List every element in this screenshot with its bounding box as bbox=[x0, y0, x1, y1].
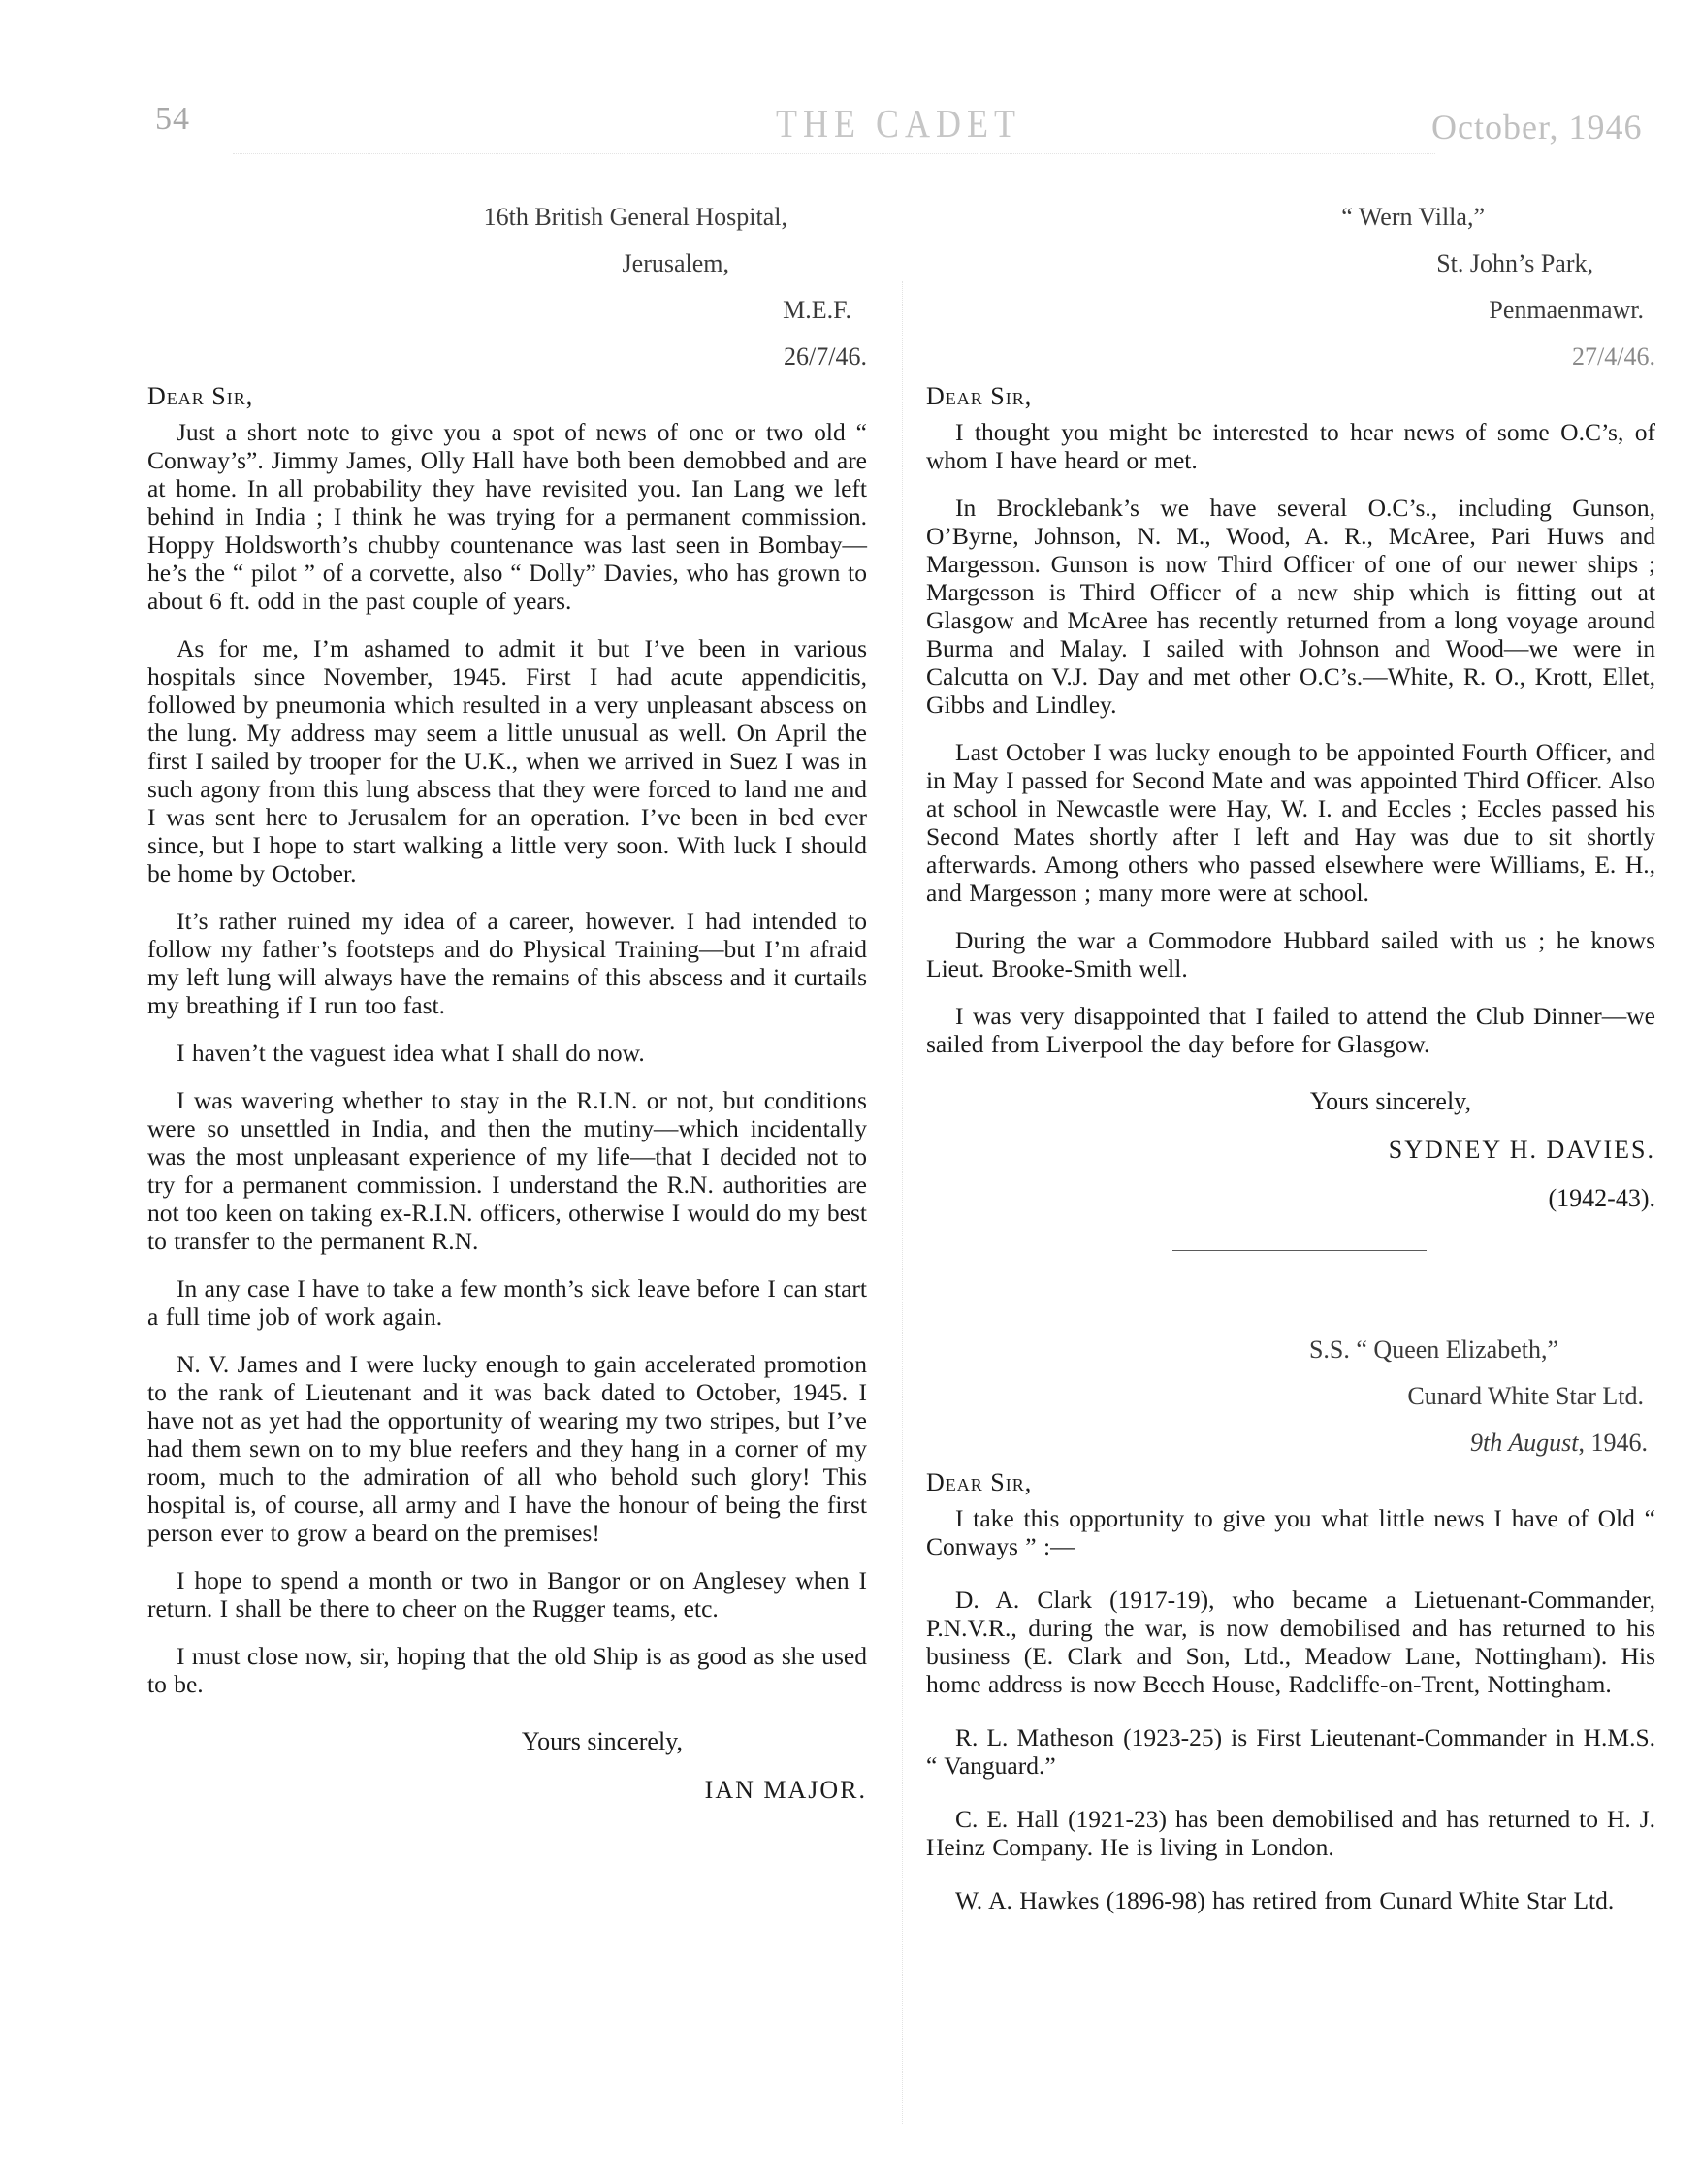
letter-closing: Yours sincerely, SYDNEY H. DAVIES. (1942… bbox=[926, 1077, 1655, 1223]
paragraph: It’s rather ruined my idea of a career, … bbox=[147, 907, 867, 1019]
paragraph: N. V. James and I were lucky enough to g… bbox=[147, 1350, 867, 1547]
date-year: , 1946. bbox=[1579, 1429, 1649, 1457]
address-line: “ Wern Villa,” bbox=[926, 194, 1485, 241]
paragraph: Just a short note to give you a spot of … bbox=[147, 418, 867, 615]
paragraph: Last October I was lucky enough to be ap… bbox=[926, 738, 1655, 907]
letter-address: S.S. “ Queen Elizabeth,” Cunard White St… bbox=[926, 1327, 1655, 1466]
header-rule bbox=[233, 153, 1435, 154]
paragraph: I was wavering whether to stay in the R.… bbox=[147, 1086, 867, 1255]
valediction: Yours sincerely, bbox=[147, 1718, 683, 1766]
address-line: Jerusalem, bbox=[147, 241, 729, 287]
valediction: Yours sincerely, bbox=[926, 1077, 1471, 1126]
address-line: S.S. “ Queen Elizabeth,” bbox=[926, 1327, 1558, 1373]
paragraph: R. L. Matheson (1923-25) is First Lieute… bbox=[926, 1723, 1655, 1780]
page-number: 54 bbox=[155, 101, 190, 138]
letter-ian-major: 16th British General Hospital, Jerusalem… bbox=[147, 194, 867, 1815]
paragraph: I haven’t the vaguest idea what I shall … bbox=[147, 1039, 867, 1067]
paragraph: I take this opportunity to give you what… bbox=[926, 1504, 1655, 1560]
column-divider bbox=[902, 281, 903, 2124]
right-column: “ Wern Villa,” St. John’s Park, Penmaenm… bbox=[926, 194, 1655, 1940]
paragraph: I must close now, sir, hoping that the o… bbox=[147, 1642, 867, 1698]
section-divider bbox=[1172, 1250, 1427, 1251]
journal-title: THE CADET bbox=[776, 100, 1021, 146]
paragraph: I hope to spend a month or two in Bangor… bbox=[147, 1566, 867, 1622]
paragraph: W. A. Hawkes (1896-98) has retired from … bbox=[926, 1886, 1655, 1914]
letter-date: 26/7/46. bbox=[147, 334, 867, 380]
address-line: Penmaenmawr. bbox=[926, 287, 1644, 334]
paragraph: In Brocklebank’s we have several O.C’s.,… bbox=[926, 494, 1655, 719]
letter-address: “ Wern Villa,” St. John’s Park, Penmaenm… bbox=[926, 194, 1655, 380]
letter-closing: Yours sincerely, IAN MAJOR. bbox=[147, 1718, 867, 1815]
letter-date: 27/4/46. bbox=[926, 334, 1655, 380]
signature-years: (1942-43). bbox=[926, 1174, 1655, 1223]
address-line: St. John’s Park, bbox=[926, 241, 1593, 287]
salutation: Dear Sir, bbox=[926, 1468, 1655, 1496]
paragraph: During the war a Commodore Hubbard saile… bbox=[926, 926, 1655, 982]
paragraph: D. A. Clark (1917-19), who became a Liet… bbox=[926, 1586, 1655, 1698]
address-line: Cunard White Star Ltd. bbox=[926, 1373, 1644, 1420]
signature: IAN MAJOR. bbox=[147, 1766, 867, 1815]
salutation: Dear Sir, bbox=[147, 382, 867, 410]
letter-sydney-davies: “ Wern Villa,” St. John’s Park, Penmaenm… bbox=[926, 194, 1655, 1223]
letter-address: 16th British General Hospital, Jerusalem… bbox=[147, 194, 867, 380]
date-day-month: 9th August bbox=[1470, 1429, 1578, 1457]
paragraph: I thought you might be interested to hea… bbox=[926, 418, 1655, 474]
letter-date: 9th August, 1946. bbox=[926, 1420, 1648, 1466]
running-head: 54 THE CADET October, 1946 bbox=[0, 101, 1701, 149]
issue-date: October, 1946 bbox=[1431, 107, 1643, 147]
address-line: 16th British General Hospital, bbox=[147, 194, 787, 241]
salutation: Dear Sir, bbox=[926, 382, 1655, 410]
paragraph: I was very disappointed that I failed to… bbox=[926, 1002, 1655, 1058]
left-column: 16th British General Hospital, Jerusalem… bbox=[147, 194, 867, 1815]
letter-queen-elizabeth: S.S. “ Queen Elizabeth,” Cunard White St… bbox=[926, 1327, 1655, 1914]
paragraph: In any case I have to take a few month’s… bbox=[147, 1274, 867, 1331]
paragraph: As for me, I’m ashamed to admit it but I… bbox=[147, 634, 867, 887]
paragraph: C. E. Hall (1921-23) has been demobilise… bbox=[926, 1805, 1655, 1861]
signature: SYDNEY H. DAVIES. bbox=[926, 1126, 1655, 1174]
address-line: M.E.F. bbox=[147, 287, 851, 334]
